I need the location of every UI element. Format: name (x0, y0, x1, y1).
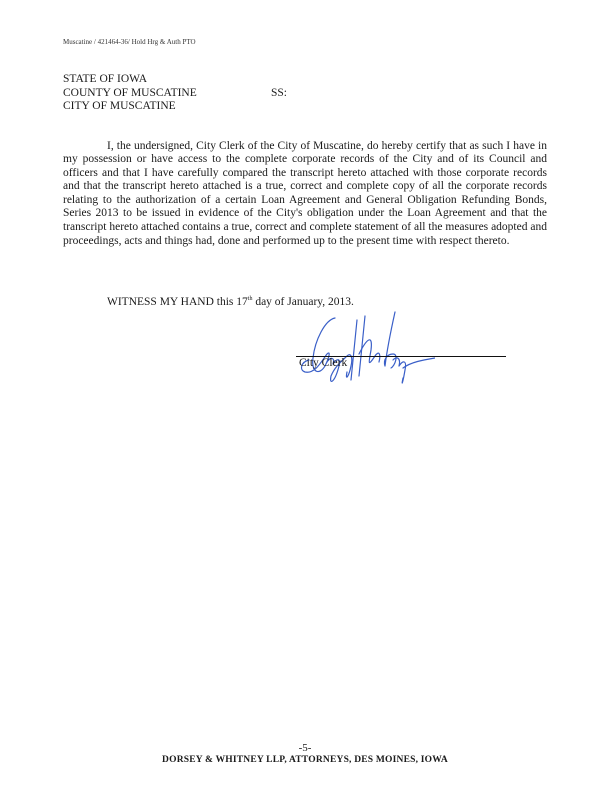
certification-paragraph: I, the undersigned, City Clerk of the Ci… (63, 140, 547, 249)
document-reference: Muscatine / 421464-36/ Hold Hrg & Auth P… (63, 38, 196, 46)
witness-prefix: WITNESS MY HAND this 17 (107, 296, 248, 308)
signature-title: City Clerk (299, 357, 347, 369)
caption-state: STATE OF IOWA (63, 73, 197, 87)
caption-city: CITY OF MUSCATINE (63, 100, 197, 114)
witness-suffix: day of January, 2013. (252, 296, 353, 308)
caption-ss: SS: (271, 87, 287, 101)
caption-county-text: COUNTY OF MUSCATINE (63, 87, 197, 99)
venue-caption: STATE OF IOWA COUNTY OF MUSCATINE SS: CI… (63, 73, 197, 114)
footer-firm: DORSEY & WHITNEY LLP, ATTORNEYS, DES MOI… (0, 755, 610, 765)
witness-line: WITNESS MY HAND this 17th day of January… (107, 296, 354, 308)
caption-county: COUNTY OF MUSCATINE SS: (63, 87, 197, 101)
signature-image (295, 310, 435, 390)
page-number: -5- (0, 742, 610, 754)
